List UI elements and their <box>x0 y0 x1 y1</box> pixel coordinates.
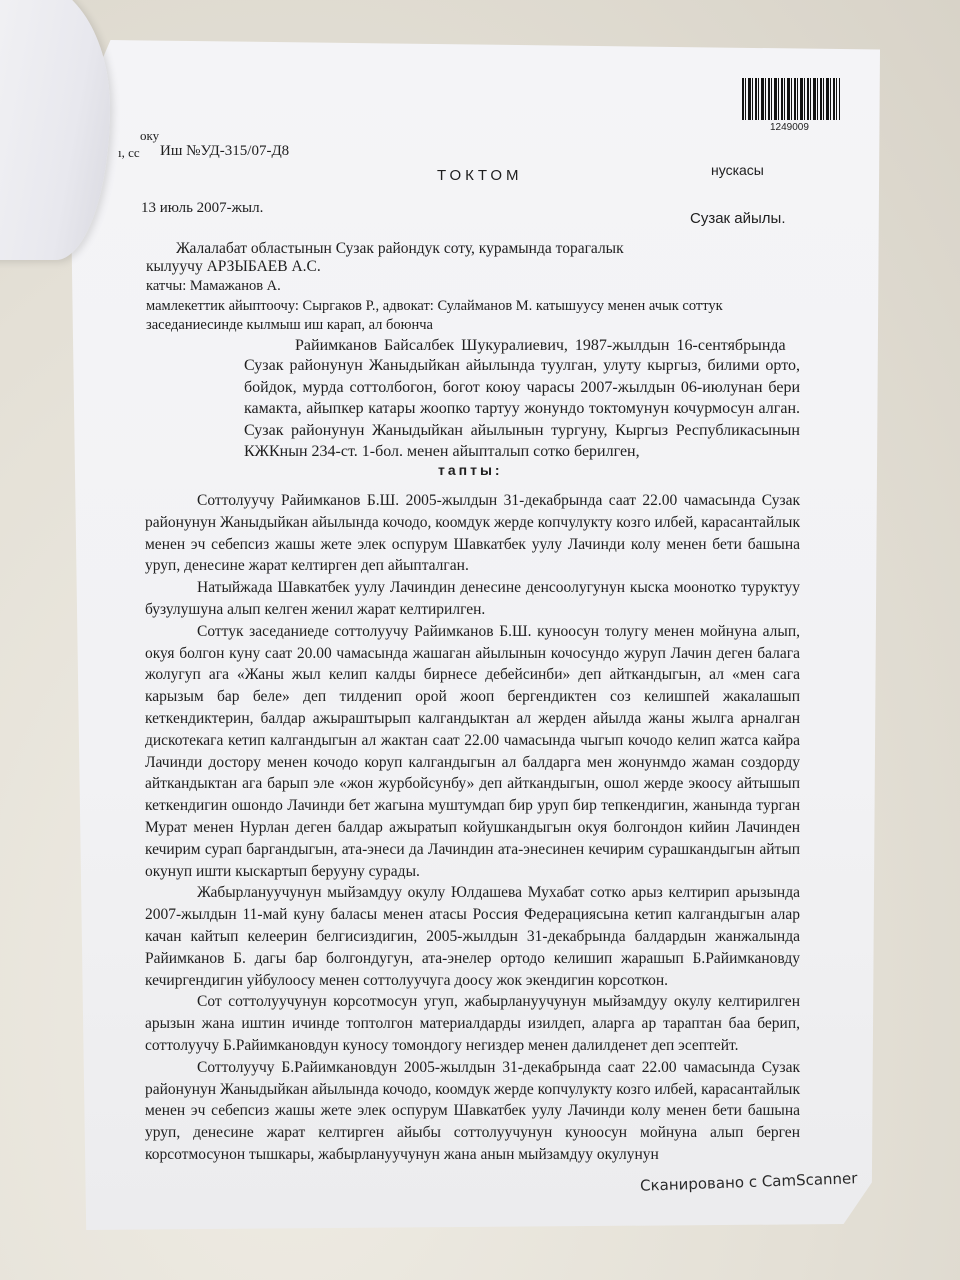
court-intro-line: катчы: Мамажанов А. <box>146 276 281 297</box>
defendant-details-text: Сузак районунун Жаныдыйкан айылында туул… <box>244 355 800 463</box>
paragraph: Соттолуучу Б.Райимкановдун 2005-жылдын 3… <box>145 1057 800 1166</box>
section-heading: тапты: <box>438 462 503 478</box>
defendant-name-line: Райимканов Байсалбек Шукуралиевич, 1987-… <box>295 335 786 356</box>
barcode-number: 1249009 <box>770 122 809 133</box>
court-intro-line: мамлекеттик айыптоочу: Сыргаков Р., адво… <box>146 296 723 317</box>
document-date: 13 июль 2007-жыл. <box>141 200 263 217</box>
paragraph: Соттук заседаниеде соттолуучу Райимканов… <box>145 621 800 883</box>
margin-note-top: оку <box>140 128 159 144</box>
copy-label: нускасы <box>711 162 764 178</box>
margin-note-left: ı, cc <box>118 145 140 161</box>
paragraph: Сот соттолуучунун корсотмосун угуп, жабы… <box>145 991 800 1056</box>
paragraph: Соттолуучу Райимканов Б.Ш. 2005-жылдын 3… <box>145 490 800 577</box>
document-place: Сузак айылы. <box>690 210 786 227</box>
case-number: Иш №УД-315/07-Д8 <box>160 143 289 160</box>
paragraph: Натыйжада Шавкатбек уулу Лачиндин денеси… <box>145 577 800 621</box>
defendant-details: Сузак районунун Жаныдыйкан айылында туул… <box>244 355 800 463</box>
document-content: 1249009 оку ı, cc Иш №УД-315/07-Д8 ТОКТО… <box>0 0 960 1280</box>
court-intro-line: заседаниесинде кылмыш иш карап, ал боюнч… <box>146 315 433 336</box>
document-title: ТОКТОМ <box>437 167 523 184</box>
camscanner-watermark: Сканировано с CamScanner <box>640 1169 858 1195</box>
court-intro-line: кылуучу АРЗЫБАЕВ А.С. <box>146 256 321 277</box>
barcode-icon <box>742 78 840 120</box>
findings-body: Соттолуучу Райимканов Б.Ш. 2005-жылдын 3… <box>145 490 800 1166</box>
paragraph: Жабырлануучунун мыйзамдуу окулу Юлдашева… <box>145 882 800 991</box>
